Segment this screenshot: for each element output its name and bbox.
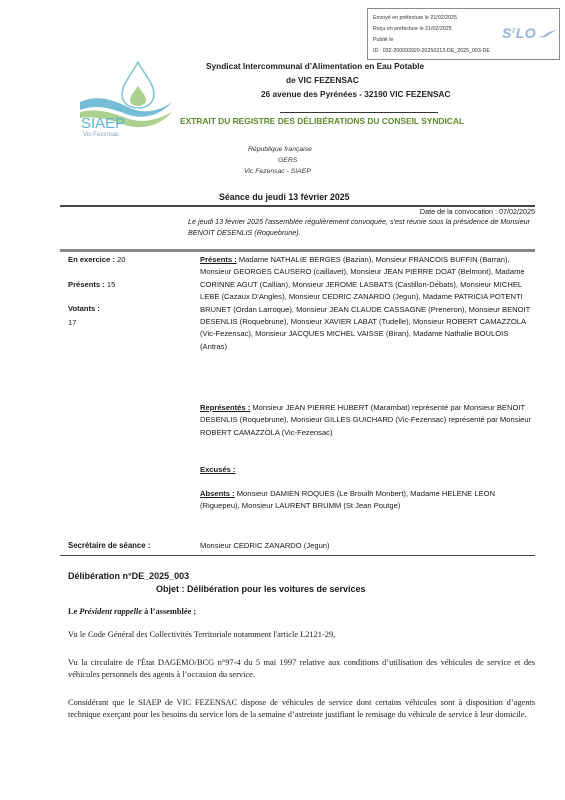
header-line-1: Syndicat Intercommunal d’Alimentation en… [206, 61, 424, 71]
presents-block: Présents : Madame NATHALIE BERGES (Bazia… [200, 254, 536, 353]
logo-siaep-text: SIAEP [81, 115, 125, 132]
republique-line: République française [248, 146, 312, 153]
paragraph-vu-code: Vu le Code Général des Collectivités Ter… [68, 629, 335, 641]
departement-line: GERS [278, 157, 297, 164]
representes-block: Représentés : Monsieur JEAN PIERRE HUBER… [200, 402, 536, 439]
intro-president: Président rappelle [79, 607, 142, 616]
absents-block: Absents : Monsieur DAMIEN ROQUES (Le Bro… [200, 488, 536, 513]
deliberation-objet: Objet : Délibération pour les voitures d… [156, 584, 366, 594]
secretaire-label: Secrétaire de séance : [68, 541, 150, 550]
presents-heading: Présents : [200, 255, 237, 264]
representes-list: Monsieur JEAN PIERRE HUBERT (Marambat) r… [200, 403, 531, 437]
paragraph-considerant: Considérant que le SIAEP de VIC FEZENSAC… [68, 697, 535, 721]
header-line-3: 26 avenue des Pyrénées - 32190 VIC FEZEN… [261, 89, 451, 99]
header-line-2: de VIC FEZENSAC [286, 75, 359, 85]
exercice-label: En exercice : [68, 255, 115, 264]
registre-title: EXTRAIT DU REGISTRE DES DÉLIBÉRATIONS DU… [180, 116, 464, 126]
siaep-logo: SIAEP Vic-Fezensac [78, 58, 174, 138]
s2lo-swoosh-icon [536, 29, 558, 39]
commune-line: Vic Fezensac - SIAEP [244, 168, 311, 175]
intro-le: Le [68, 607, 79, 616]
stamp-envoye: Envoyé en préfecture le 21/02/2025 [373, 15, 457, 21]
divider-thick [60, 249, 535, 252]
president-rappelle: Le Président rappelle à l’assemblée ; [68, 606, 196, 618]
presents-value: 15 [107, 280, 115, 289]
secretaire-value: Monsieur CEDRIC ZANARDO (Jegun) [200, 541, 330, 550]
count-votants-label: Votants : [68, 304, 100, 313]
intro-rest: à l’assemblée ; [142, 607, 196, 616]
count-presents: Présents : 15 [68, 280, 115, 289]
exercice-value: 20 [117, 255, 125, 264]
convocation-date: Date de la convocation : 07/02/2025 [420, 207, 535, 216]
absents-list: Monsieur DAMIEN ROQUES (Le Brouilh Monbe… [200, 489, 495, 510]
presents-label: Présents : [68, 280, 105, 289]
deliberation-number: Délibération n°DE_2025_003 [68, 571, 189, 581]
representes-heading: Représentés : [200, 403, 250, 412]
seance-title: Séance du jeudi 13 février 2025 [219, 192, 350, 202]
stamp-recu: Reçu en préfecture le 21/02/2025 [373, 26, 452, 32]
s2lo-logo: S2LO [502, 25, 558, 41]
divider-bottom [60, 555, 535, 556]
seance-intro: Le jeudi 13 février 2025 l'assemblée rég… [188, 216, 533, 238]
s2lo-lo: LO [516, 25, 536, 41]
header-divider [280, 112, 438, 113]
stamp-publie: Publié le [373, 37, 393, 43]
excuses-heading: Excusés : [200, 465, 235, 474]
logo-vic-text: Vic-Fezensac [83, 132, 119, 138]
count-votants-value: 17 [68, 318, 76, 327]
presents-list: Madame NATHALIE BERGES (Bazian), Monsieu… [200, 255, 530, 351]
votants-label: Votants : [68, 304, 100, 313]
s2lo-s: S [502, 25, 512, 41]
water-drop-logo-icon: SIAEP Vic-Fezensac [78, 58, 174, 138]
count-exercice: En exercice : 20 [68, 255, 125, 264]
stamp-id: ID : 032-200093920-20250213-DE_2025_003-… [373, 48, 490, 54]
paragraph-vu-circulaire: Vu la circulaire de l'État DAGEMO/BCG n°… [68, 657, 535, 681]
absents-heading: Absents : [200, 489, 235, 498]
excuses-block: Excusés : [200, 464, 536, 476]
prefecture-stamp: Envoyé en préfecture le 21/02/2025 Reçu … [367, 8, 560, 60]
